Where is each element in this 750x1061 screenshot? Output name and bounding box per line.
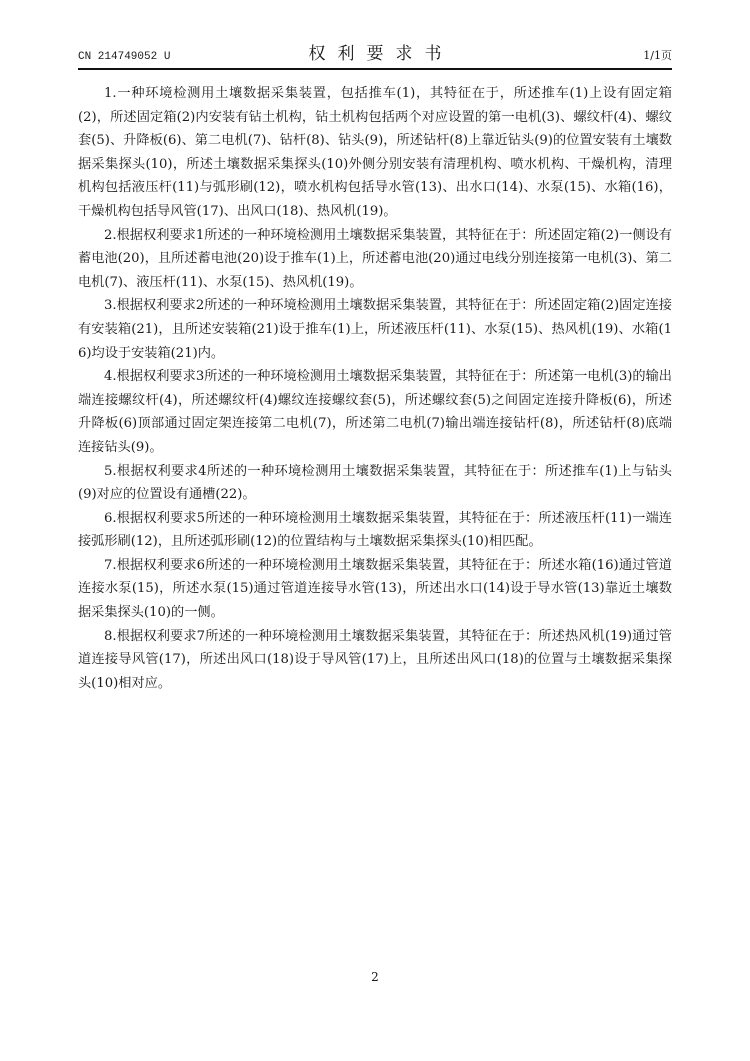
claim-5: 5.根据权利要求4所述的一种环境检测用土壤数据采集装置，其特征在于：所述推车(1… bbox=[78, 460, 672, 507]
claim-4: 4.根据权利要求3所述的一种环境检测用土壤数据采集装置，其特征在于：所述第一电机… bbox=[78, 365, 672, 459]
claim-7: 7.根据权利要求6所述的一种环境检测用土壤数据采集装置，其特征在于：所述水箱(1… bbox=[78, 554, 672, 625]
page-number: 2 bbox=[0, 970, 750, 984]
claim-2: 2.根据权利要求1所述的一种环境检测用土壤数据采集装置，其特征在于：所述固定箱(… bbox=[78, 224, 672, 295]
page-header: CN 214749052 U 权利要求书 1/1页 bbox=[78, 40, 672, 70]
claim-6: 6.根据权利要求5所述的一种环境检测用土壤数据采集装置，其特征在于：所述液压杆(… bbox=[78, 507, 672, 554]
claim-3: 3.根据权利要求2所述的一种环境检测用土壤数据采集装置，其特征在于：所述固定箱(… bbox=[78, 294, 672, 365]
document-title: 权利要求书 bbox=[78, 39, 672, 64]
claim-1: 1.一种环境检测用土壤数据采集装置，包括推车(1)，其特征在于，所述推车(1)上… bbox=[78, 82, 672, 224]
claims-body: 1.一种环境检测用土壤数据采集装置，包括推车(1)，其特征在于，所述推车(1)上… bbox=[78, 82, 672, 695]
page-info: 1/1页 bbox=[643, 47, 672, 63]
claim-8: 8.根据权利要求7所述的一种环境检测用土壤数据采集装置，其特征在于：所述热风机(… bbox=[78, 625, 672, 696]
